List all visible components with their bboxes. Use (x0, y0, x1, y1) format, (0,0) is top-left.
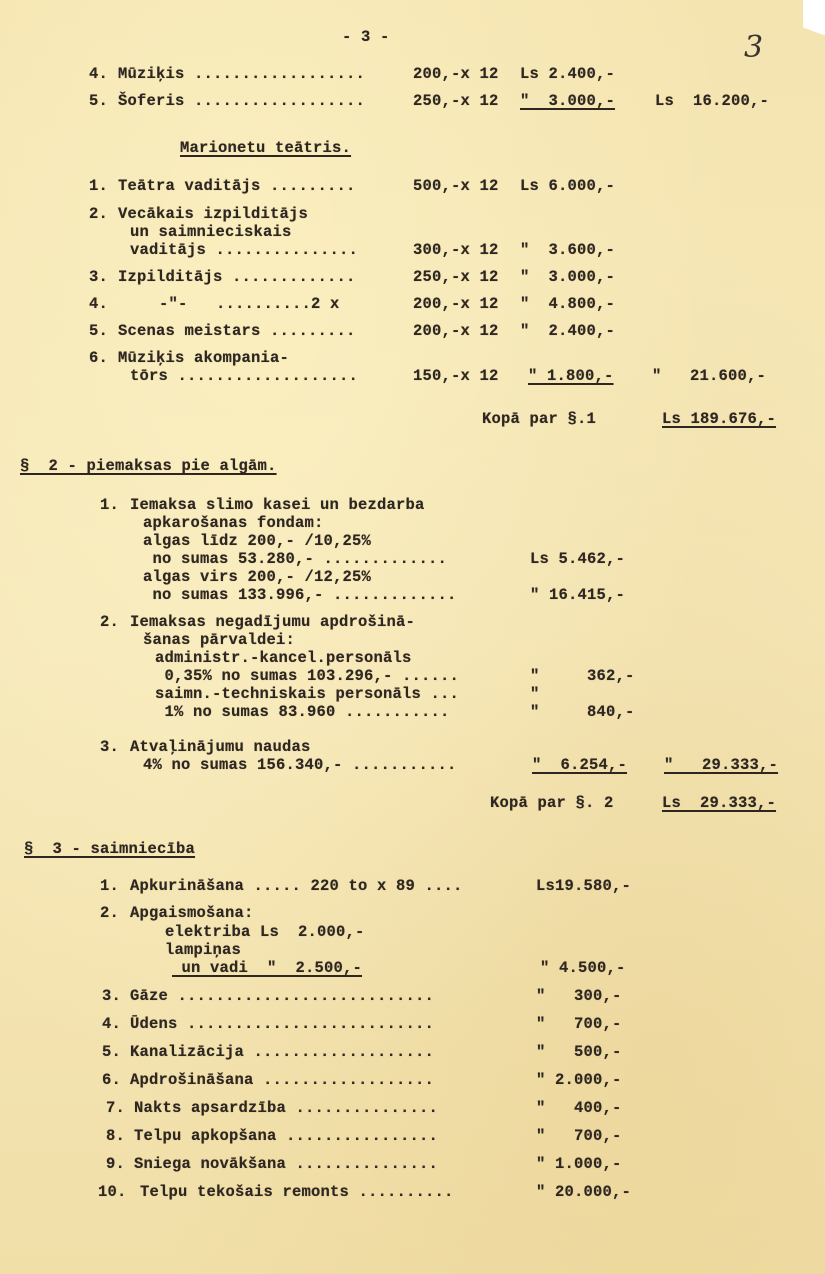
item-label: Nakts apsardzība ............... (134, 1099, 438, 1117)
item-no: 7. (106, 1099, 125, 1117)
item-amount: " 3.000,- (520, 268, 615, 286)
item-no: 2. (100, 613, 119, 631)
item-label: Scenas meistars ......... (118, 322, 356, 340)
item-label: Gāze ........................... (130, 987, 434, 1005)
item-calc: 150,-x 12 (413, 367, 499, 385)
item-label: Iemaksas negadījumu apdrošinā- (130, 613, 415, 631)
item-no: 9. (106, 1155, 125, 1173)
item-no: 1. (100, 496, 119, 514)
page-header: - 3 - (342, 28, 390, 46)
item-label: vaditājs ............... (130, 241, 358, 259)
item-calc: 300,-x 12 (413, 241, 499, 259)
torn-page-corner (803, 0, 825, 70)
item-calc: 200,-x 12 (413, 322, 499, 340)
item-no: 2. (100, 904, 119, 922)
item-amount: " 16.415,- (530, 586, 625, 604)
item-amount: " 500,- (536, 1043, 622, 1061)
item-amount: " 300,- (536, 987, 622, 1005)
section-heading-2: § 2 - piemaksas pie algām. (20, 457, 277, 475)
item-label: 4% no sumas 156.340,- ........... (143, 756, 457, 774)
item-label: Šoferis .................. (118, 92, 365, 110)
item-label: Mūziķis akompania- (118, 349, 289, 367)
item-label: Teātra vaditājs ......... (118, 177, 356, 195)
item-label: Apgaismošana: (130, 904, 254, 922)
item-amount: " 2.400,- (520, 322, 615, 340)
item-amount: " 6.254,- (532, 756, 627, 774)
item-amount: " 700,- (536, 1127, 622, 1145)
item-label: administr.-kancel.personāls (155, 649, 412, 667)
item-label: Apkurināšana ..... 220 to x 89 .... (130, 877, 463, 895)
item-label: apkarošanas fondam: (143, 514, 324, 532)
item-amount: " 4.500,- (540, 959, 626, 977)
item-amount: " 4.800,- (520, 295, 615, 313)
item-amount: Ls 6.000,- (520, 177, 615, 195)
item-no: 3. (89, 268, 108, 286)
item-amount: " 840,- (530, 703, 635, 721)
item-label: Mūziķis .................. (118, 65, 365, 83)
item-amount: " 1.000,- (536, 1155, 622, 1173)
item-no: 6. (102, 1071, 121, 1089)
item-amount: " 3.600,- (520, 241, 615, 259)
item-calc: 200,-x 12 (413, 65, 499, 83)
item-calc: 200,-x 12 (413, 295, 499, 313)
item-label: 1% no sumas 83.960 ........... (155, 703, 450, 721)
item-amount: Ls 2.400,- (520, 65, 615, 83)
subtotal-value: Ls 189.676,- (662, 410, 776, 428)
item-no: 5. (102, 1043, 121, 1061)
item-no: 5. (89, 322, 108, 340)
item-label: 0,35% no sumas 103.296,- ...... (155, 667, 459, 685)
item-label: Atvaļinājumu naudas (130, 738, 311, 756)
item-amount: " 700,- (536, 1015, 622, 1033)
item-no: 4. (102, 1015, 121, 1033)
item-amount: " (530, 685, 540, 703)
item-no: 2. (89, 205, 108, 223)
item-amount: " 362,- (530, 667, 635, 685)
item-label: Apdrošināšana .................. (130, 1071, 434, 1089)
subtotal-label: Kopā par §. 2 (490, 794, 614, 812)
item-label: algas līdz 200,- /10,25% (143, 532, 371, 550)
item-label: algas virs 200,- /12,25% (143, 568, 371, 586)
item-amount: " 3.000,- (520, 92, 615, 110)
item-amount: " 2.000,- (536, 1071, 622, 1089)
item-calc: 500,-x 12 (413, 177, 499, 195)
item-label: Sniega novākšana ............... (134, 1155, 438, 1173)
item-calc: 250,-x 12 (413, 268, 499, 286)
item-no: 5. (89, 92, 108, 110)
item-total: " 29.333,- (664, 756, 778, 774)
handwritten-page-number: 3 (744, 30, 763, 65)
item-amount: Ls19.580,- (536, 877, 631, 895)
item-label: Telpu apkopšana ................ (134, 1127, 438, 1145)
item-total: Ls 16.200,- (655, 92, 769, 110)
item-no: 6. (89, 349, 108, 367)
item-no: 1. (100, 877, 119, 895)
item-sublabel: elektriba Ls 2.000,- (165, 923, 365, 941)
subtotal-label: Kopā par §.1 (482, 410, 596, 428)
item-label: un saimnieciskais (130, 223, 292, 241)
item-no: 3. (102, 987, 121, 1005)
item-label: Iemaksa slimo kasei un bezdarba (130, 496, 425, 514)
subtotal-value: Ls 29.333,- (662, 794, 776, 812)
item-label: Telpu tekošais remonts .......... (140, 1183, 454, 1201)
item-label: šanas pārvaldei: (143, 631, 295, 649)
item-label: tōrs ................... (130, 367, 358, 385)
item-sublabel: lampiņas (165, 941, 241, 959)
item-no: 3. (100, 738, 119, 756)
item-no: 8. (106, 1127, 125, 1145)
item-amount: " 1.800,- (528, 367, 614, 385)
item-label: Izpilditājs ............. (118, 268, 356, 286)
item-amount: " 400,- (536, 1099, 622, 1117)
item-calc: 250,-x 12 (413, 92, 499, 110)
item-label: -"- ..........2 x (140, 295, 340, 313)
section-heading-marionetu: Marionetu teātris. (180, 139, 351, 157)
item-label: no sumas 133.996,- ............. (143, 586, 457, 604)
item-total: " 21.600,- (652, 367, 766, 385)
item-label: Vecākais izpilditājs (118, 205, 308, 223)
item-sublabel: un vadi " 2.500,- (172, 959, 362, 977)
item-no: 1. (89, 177, 108, 195)
item-no: 4. (89, 65, 108, 83)
item-amount: Ls 5.462,- (530, 550, 625, 568)
item-no: 10. (98, 1183, 127, 1201)
item-amount: " 20.000,- (536, 1183, 631, 1201)
item-label: saimn.-techniskais personāls ... (155, 685, 459, 703)
item-label: Kanalizācija ................... (130, 1043, 434, 1061)
section-heading-3: § 3 - saimniecība (24, 840, 195, 858)
item-label: no sumas 53.280,- ............. (143, 550, 447, 568)
item-no: 4. (89, 295, 108, 313)
item-label: Ūdens .......................... (130, 1015, 434, 1033)
